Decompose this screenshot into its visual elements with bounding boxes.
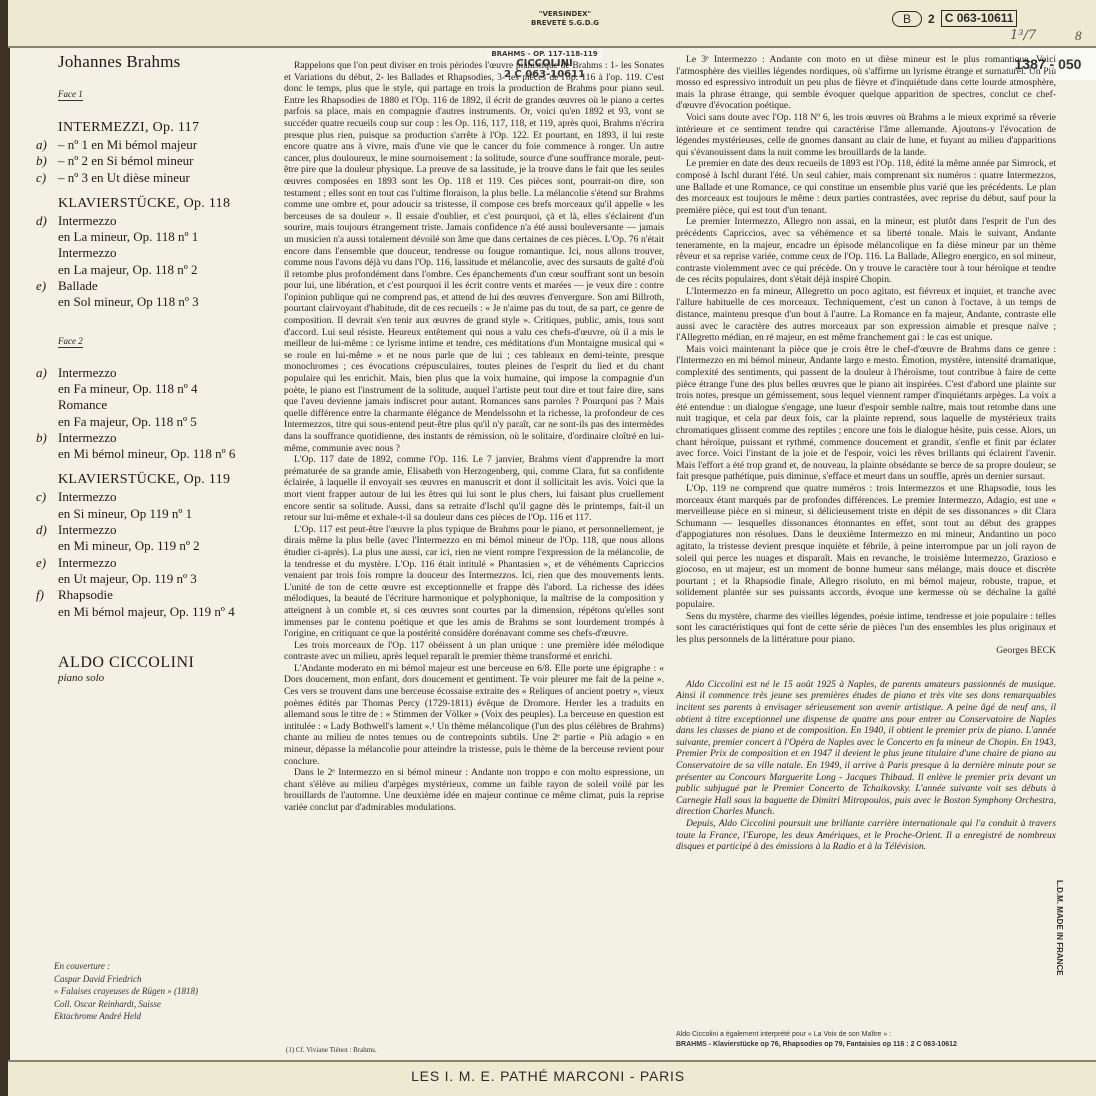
- track-title: Intermezzo: [58, 489, 281, 505]
- bio-paragraph: Aldo Ciccolini est né le 15 août 1925 à …: [676, 679, 1056, 818]
- cover-credit-line: Ektachrome André Held: [54, 1010, 198, 1023]
- label-line-1: BRAHMS - OP. 117-118-119: [487, 50, 602, 58]
- catalog-number: C 063-10611: [941, 10, 1018, 27]
- track-item: d)Intermezzo: [36, 522, 281, 538]
- track-item: e)Ballade: [36, 278, 281, 294]
- track-letter: c): [36, 170, 58, 186]
- track-item: e)Intermezzo: [36, 555, 281, 571]
- track-letter: b): [36, 153, 58, 169]
- track-title: Intermezzo: [58, 555, 281, 571]
- track-title: – nº 2 en Si bémol mineur: [58, 153, 281, 169]
- side-badge: B: [892, 11, 922, 27]
- faces-container: Face 1INTERMEZZI, Op. 117a)– nº 1 en Mi …: [36, 84, 281, 620]
- catalog-box: B 2 C 063-10611: [892, 10, 1017, 27]
- cover-credit-line: « Falaises crayeuses de Rügen » (1818): [54, 985, 198, 998]
- notes-paragraph: Les trois morceaux de l'Op. 117 obéissen…: [284, 640, 664, 663]
- liner-notes-right: Le 3ᵉ Intermezzo : Andante con moto en u…: [676, 54, 1056, 853]
- track-detail: en La mineur, Op. 118 nº 1: [58, 229, 281, 245]
- publisher-name: LES I. M. E. PATHÉ MARCONI - PARIS: [0, 1068, 1096, 1084]
- track-item: f)Rhapsodie: [36, 587, 281, 603]
- track-letter: d): [36, 522, 58, 538]
- track-item: a)– nº 1 en Mi bémol majeur: [36, 137, 281, 153]
- track-item: c)Intermezzo: [36, 489, 281, 505]
- track-title: Intermezzo: [58, 430, 281, 446]
- face-section: Face 2a)Intermezzoen Fa mineur, Op. 118 …: [36, 331, 281, 620]
- track-item: d)Intermezzo: [36, 213, 281, 229]
- track-detail: en La majeur, Op. 118 nº 2: [58, 262, 281, 278]
- track-letter: a): [36, 137, 58, 153]
- author-signature: Georges BECK: [676, 645, 1056, 657]
- handwritten-number: 8: [1075, 28, 1082, 44]
- track-letter: f): [36, 587, 58, 603]
- track-detail: en Mi bémol mineur, Op. 118 nº 6: [58, 446, 281, 462]
- track-item: a)Intermezzo: [36, 365, 281, 381]
- track-letter: a): [36, 365, 58, 381]
- track-title: – nº 1 en Mi bémol majeur: [58, 137, 281, 153]
- notes-paragraph: Sens du mystère, charme des vieilles lég…: [676, 611, 1056, 646]
- track-title: Rhapsodie: [58, 587, 281, 603]
- face-label: Face 2: [58, 336, 83, 348]
- bio-paragraph: Depuis, Aldo Ciccolini poursuit une bril…: [676, 818, 1056, 853]
- also-recorded-line-1: Aldo Ciccolini a également interprété po…: [676, 1030, 1056, 1040]
- notes-paragraph: L'Op. 117 date de 1892, comme l'Op. 116.…: [284, 454, 664, 524]
- opus-heading: KLAVIERSTÜCKE, Op. 118: [58, 196, 281, 212]
- track-title: Intermezzo: [58, 365, 281, 381]
- catalog-prefix: 2: [928, 12, 935, 26]
- track-item: b)– nº 2 en Si bémol mineur: [36, 153, 281, 169]
- spacer: [36, 357, 281, 365]
- tracklist: Johannes Brahms Face 1INTERMEZZI, Op. 11…: [36, 52, 281, 684]
- opus-heading: INTERMEZZI, Op. 117: [58, 120, 281, 136]
- track-detail: en Mi bémol majeur, Op. 119 nº 4: [58, 604, 281, 620]
- track-letter: b): [36, 430, 58, 446]
- track-detail: en Fa majeur, Op. 118 nº 5: [58, 414, 281, 430]
- track-title: Intermezzo: [58, 522, 281, 538]
- also-recorded-line-2: BRAHMS - Klavierstücke op 76, Rhapsodies…: [676, 1040, 1056, 1050]
- performer-name: ALDO CICCOLINI: [58, 654, 281, 672]
- notes-paragraph: L'Andante moderato en mi bémol majeur es…: [284, 663, 664, 767]
- notes-paragraph: Voici sans doute avec l'Op. 118 Nº 6, le…: [676, 112, 1056, 158]
- notes-paragraph: Mais voici maintenant la pièce que je cr…: [676, 344, 1056, 483]
- track-item: b)Intermezzo: [36, 430, 281, 446]
- cover-credit: En couverture :Caspar David Friedrich« F…: [54, 960, 198, 1023]
- track-item: c)– nº 3 en Ut dièse mineur: [36, 170, 281, 186]
- versindex-text: "VERSINDEX": [505, 10, 625, 19]
- spacer: [36, 462, 281, 470]
- notes-paragraph: L'Intermezzo en fa mineur, Allegretto un…: [676, 286, 1056, 344]
- handwritten-note: 1³/7: [1010, 28, 1036, 43]
- track-letter: c): [36, 489, 58, 505]
- notes-paragraph: Dans le 2ᵉ Intermezzo en si bémol mineur…: [284, 767, 664, 813]
- notes-paragraph: L'Op. 117 est peut-être l'œuvre la plus …: [284, 524, 664, 640]
- cover-credit-line: Coll. Oscar Reinhardt, Suisse: [54, 998, 198, 1011]
- track-detail: en Fa mineur, Op. 118 nº 4: [58, 381, 281, 397]
- track-title: Intermezzo: [58, 213, 281, 229]
- spacer: [36, 186, 281, 194]
- track-detail: en Ut majeur, Op. 119 nº 3: [58, 571, 281, 587]
- liner-notes-middle: Rappelons que l'on peut diviser en trois…: [284, 60, 664, 814]
- notes-paragraph: Le premier en date des deux recueils de …: [676, 158, 1056, 216]
- spacer: [36, 110, 281, 118]
- composer-name: Johannes Brahms: [58, 52, 281, 72]
- brevete-text: BREVETÉ S.G.D.G: [505, 19, 625, 28]
- performer-role: piano solo: [58, 672, 281, 684]
- face-label: Face 1: [58, 89, 83, 101]
- opus-heading: KLAVIERSTÜCKE, Op. 119: [58, 472, 281, 488]
- notes-paragraph: Rappelons que l'on peut diviser en trois…: [284, 60, 664, 454]
- spacer: [36, 102, 281, 110]
- sleeve-left-edge: [0, 0, 10, 1096]
- track-letter: d): [36, 213, 58, 229]
- footnote: (1) Cf. Viviane Tiénot : Brahms.: [286, 1046, 377, 1054]
- track-letter: e): [36, 555, 58, 571]
- cover-credit-line: Caspar David Friedrich: [54, 973, 198, 986]
- track-title: – nº 3 en Ut dièse mineur: [58, 170, 281, 186]
- track-letter: e): [36, 278, 58, 294]
- track-title: Ballade: [58, 278, 281, 294]
- notes-paragraph: Le premier Intermezzo, Allegro non assai…: [676, 216, 1056, 286]
- notes-paragraph: Le 3ᵉ Intermezzo : Andante con moto en u…: [676, 54, 1056, 112]
- track-detail: en Mi mineur, Op. 119 nº 2: [58, 538, 281, 554]
- track-detail: en Sol mineur, Op 118 nº 3: [58, 294, 281, 310]
- track-detail: Intermezzo: [58, 245, 281, 261]
- spacer: [36, 349, 281, 357]
- performer-biography: Aldo Ciccolini est né le 15 août 1925 à …: [676, 679, 1056, 853]
- versindex-mark: "VERSINDEX" BREVETÉ S.G.D.G: [505, 10, 625, 28]
- record-sleeve-back: "VERSINDEX" BREVETÉ S.G.D.G B 2 C 063-10…: [0, 0, 1096, 1096]
- cover-credit-line: En couverture :: [54, 960, 198, 973]
- notes-paragraph: L'Op. 119 ne comprend que quatre numéros…: [676, 483, 1056, 611]
- side-print: L.D.M. MADE IN FRANCE: [1055, 880, 1064, 976]
- face-section: Face 1INTERMEZZI, Op. 117a)– nº 1 en Mi …: [36, 84, 281, 311]
- track-detail: en Si mineur, Op 119 nº 1: [58, 506, 281, 522]
- also-recorded: Aldo Ciccolini a également interprété po…: [676, 1030, 1056, 1050]
- track-detail: Romance: [58, 397, 281, 413]
